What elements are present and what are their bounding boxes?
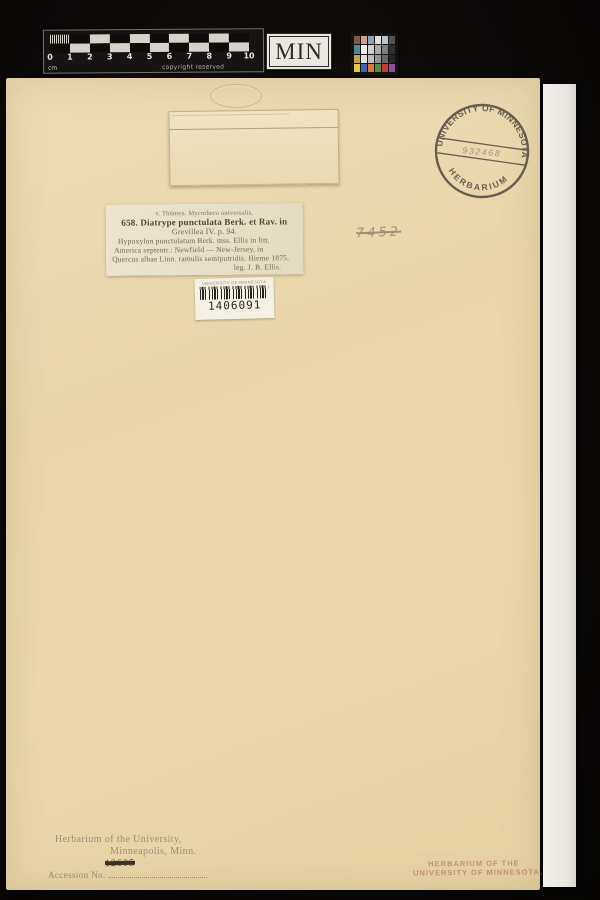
- scale-tick-number: 8: [206, 52, 212, 61]
- university-ownership-stamp: HERBARIUM OF THE UNIVERSITY OF MINNESOTA…: [413, 858, 535, 877]
- color-swatch: [361, 45, 367, 53]
- color-swatch: [389, 64, 395, 72]
- scale-segment: [90, 34, 110, 43]
- packet-crease: [172, 114, 290, 117]
- color-swatch: [354, 45, 360, 53]
- scale-segment: [209, 33, 229, 42]
- scale-bar: 012345678910 cm copyright reserved: [43, 28, 264, 74]
- accession-number-row: Accession No.: [48, 870, 207, 880]
- color-swatch: [389, 55, 395, 63]
- scale-segment: [209, 42, 229, 51]
- scale-segment: [169, 34, 189, 43]
- color-swatch: [368, 36, 374, 44]
- scale-tick-number: 4: [127, 52, 133, 61]
- color-swatch: [354, 36, 360, 44]
- scale-tick-number: 10: [243, 51, 254, 60]
- scale-segment: [130, 43, 150, 52]
- color-swatch: [389, 45, 395, 53]
- color-swatch: [382, 36, 388, 44]
- embossed-seal: [210, 84, 262, 108]
- scale-segment: [130, 34, 150, 43]
- scale-segment: [90, 43, 110, 52]
- color-swatch: [375, 45, 381, 53]
- color-swatch: [368, 55, 374, 63]
- copyright-text: copyright reserved: [162, 64, 224, 71]
- barcode-number: 1406091: [198, 298, 271, 313]
- scale-segment: [229, 33, 249, 42]
- crossed-out-accession-number: 12605: [105, 858, 135, 870]
- herbarium-round-stamp: UNIVERSITY OF MINNESOTA HERBARIUM 932468: [426, 95, 539, 208]
- scale-tick-number: 6: [167, 52, 173, 61]
- scale-tick-number: 1: [67, 53, 73, 62]
- round-stamp-graphic: UNIVERSITY OF MINNESOTA HERBARIUM 932468: [426, 95, 539, 208]
- specimen-packet: [168, 109, 339, 186]
- herbarium-sheet: [6, 78, 540, 890]
- color-swatch: [361, 55, 367, 63]
- exsiccata-label: v. Thümen. Mycotheca universalis. 658. D…: [106, 203, 304, 276]
- scale-unit-label: cm: [48, 65, 57, 72]
- scale-segment: [110, 43, 130, 52]
- scale-tick-number: 0: [47, 53, 53, 62]
- scale-segment: [50, 44, 70, 53]
- scale-tick-number: 9: [226, 51, 232, 60]
- scale-segment: [110, 34, 130, 43]
- color-swatch: [361, 36, 367, 44]
- scale-segment: [169, 43, 189, 52]
- scale-segment: [189, 43, 209, 52]
- label-collector-line: leg. J. B. Ellis.: [106, 262, 303, 273]
- color-swatch: [382, 45, 388, 53]
- color-swatch: [375, 55, 381, 63]
- color-chart: [351, 33, 398, 75]
- color-swatch: [361, 64, 367, 72]
- accession-stamp-line2: Minneapolis, Minn.: [110, 846, 196, 857]
- scale-segment: [70, 43, 90, 52]
- scale-tick-number: 7: [187, 52, 193, 61]
- color-swatch: [389, 36, 395, 44]
- color-swatch: [368, 64, 374, 72]
- scale-segment: [229, 42, 249, 51]
- scale-tick-number: 2: [87, 52, 93, 61]
- ownership-stamp-line2: UNIVERSITY OF MINNESOTA.: [413, 867, 535, 877]
- adjacent-sheet-edge: [543, 84, 576, 887]
- color-swatch: [368, 45, 374, 53]
- color-swatch: [375, 64, 381, 72]
- scale-tick-number: 3: [107, 52, 113, 61]
- specimen-photo: 012345678910 cm copyright reserved MIN v…: [0, 0, 600, 900]
- color-swatch: [382, 64, 388, 72]
- color-swatch: [354, 64, 360, 72]
- color-swatch: [382, 55, 388, 63]
- scale-segment: [189, 34, 209, 43]
- barcode-label: UNIVERSITY OF MINNESOTA 1406091: [194, 277, 274, 320]
- color-swatch: [354, 55, 360, 63]
- color-swatch: [375, 36, 381, 44]
- scale-tick-number: 5: [147, 52, 153, 61]
- institution-code-tag: MIN: [266, 33, 332, 70]
- scale-bar-numbers: 012345678910: [50, 51, 249, 63]
- scale-segment: [149, 34, 169, 43]
- scale-segment: [70, 34, 90, 43]
- packet-fold-line: [170, 127, 338, 130]
- scale-segment: [149, 43, 169, 52]
- pencil-number-annotation: 7452: [356, 224, 426, 241]
- institution-code-label: MIN: [275, 39, 323, 65]
- accession-dotted-line: [109, 877, 207, 878]
- accession-number-label: Accession No.: [48, 870, 106, 880]
- scale-segment: [50, 35, 70, 44]
- accession-stamp-line1: Herbarium of the University,: [55, 834, 182, 845]
